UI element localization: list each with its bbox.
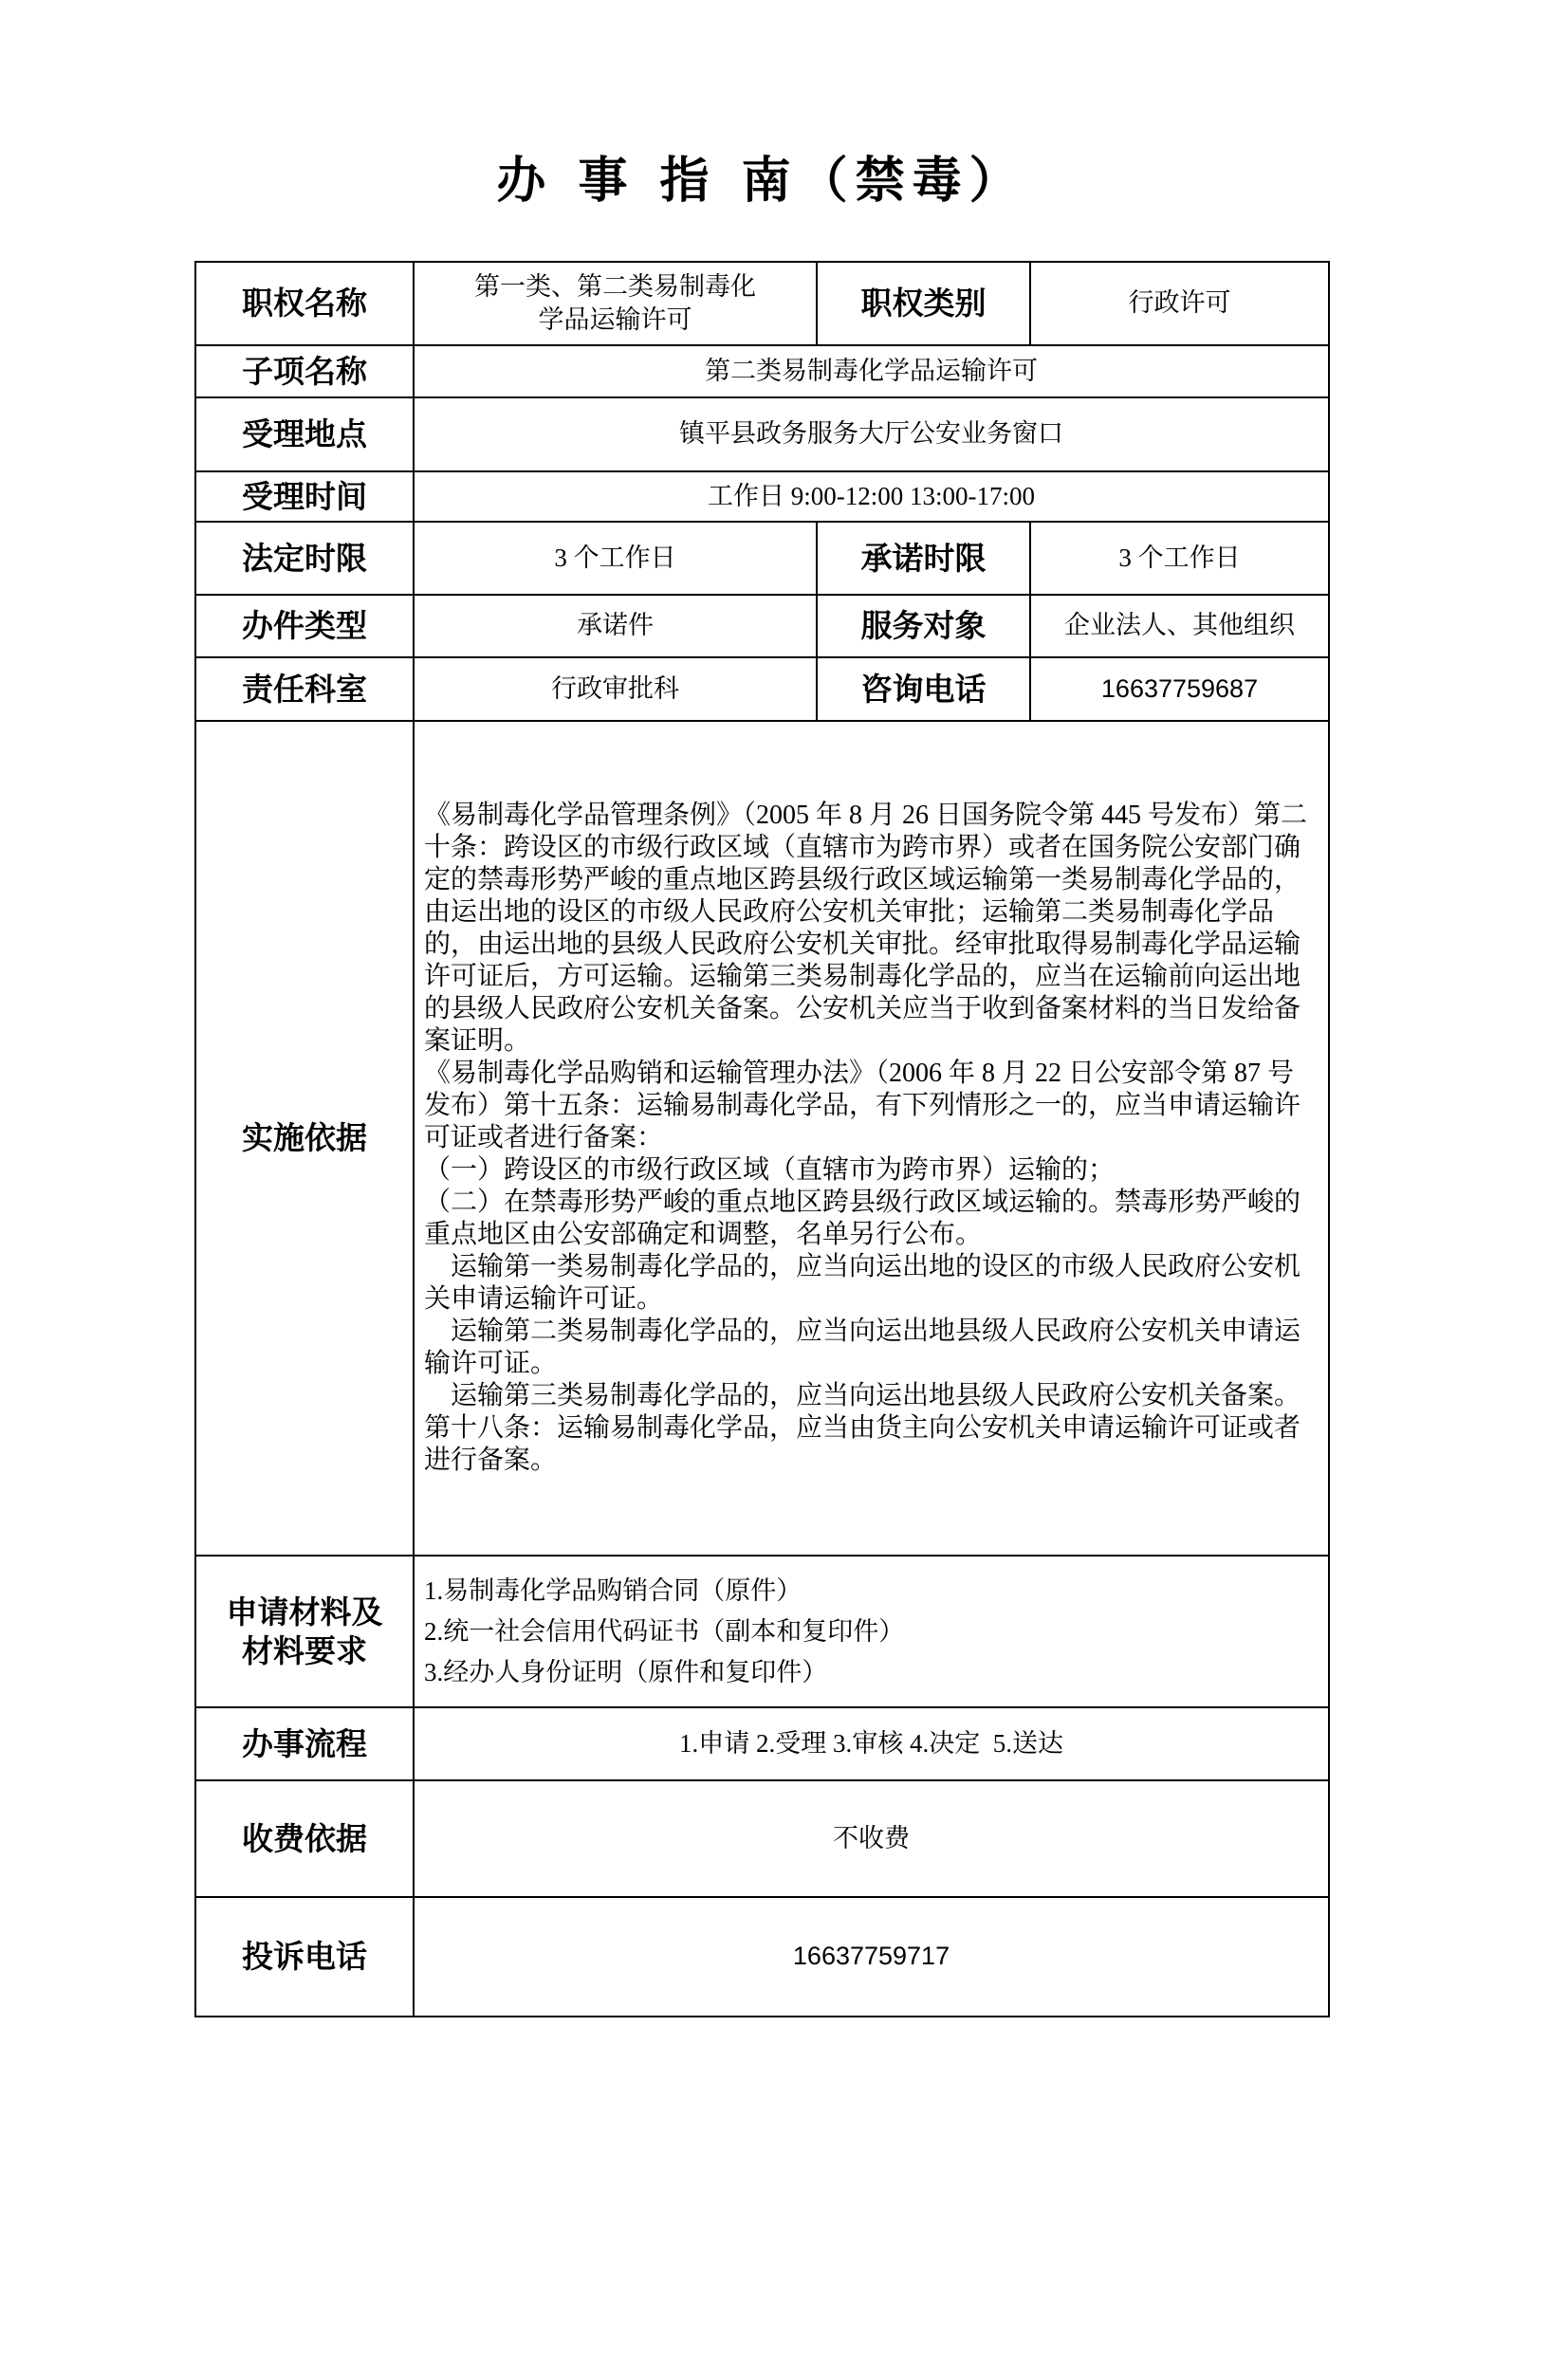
row-responsible-dept: 责任科室 行政审批科 咨询电话 16637759687 (195, 657, 1329, 721)
page-title: 办 事 指 南（禁毒） (194, 140, 1328, 212)
row-legal-basis: 实施依据 《易制毒化学品管理条例》（2005 年 8 月 26 日国务院令第 4… (195, 721, 1329, 1556)
item-type-value: 承诺件 (414, 595, 817, 657)
row-materials: 申请材料及 材料要求 1.易制毒化学品购销合同（原件）2.统一社会信用代码证书（… (195, 1556, 1329, 1707)
legal-basis-label: 实施依据 (195, 721, 414, 1556)
text-line: 运输第二类易制毒化学品的，应当向运出地县级人民政府公安机关申请运输许可证。 (424, 1316, 1319, 1380)
text-line: （一）跨设区的市级行政区域（直辖市为跨市界）运输的； (424, 1154, 1319, 1187)
complaint-phone-label: 投诉电话 (195, 1897, 414, 2017)
row-time-limits: 法定时限 3 个工作日 承诺时限 3 个工作日 (195, 522, 1329, 595)
text-line: 第十八条：运输易制毒化学品，应当由货主向公安机关申请运输许可证或者进行备案。 (424, 1412, 1319, 1477)
promise-limit-value: 3 个工作日 (1030, 522, 1329, 595)
row-accept-time: 受理时间 工作日 9:00-12:00 13:00-17:00 (195, 471, 1329, 522)
text-line: 《易制毒化学品购销和运输管理办法》（2006 年 8 月 22 日公安部令第 8… (424, 1058, 1319, 1154)
fee-basis-label: 收费依据 (195, 1780, 414, 1897)
process-value: 1.申请 2.受理 3.审核 4.决定 5.送达 (414, 1707, 1329, 1780)
sub-item-label: 子项名称 (195, 345, 414, 397)
complaint-phone-value: 16637759717 (414, 1897, 1329, 2017)
sub-item-value: 第二类易制毒化学品运输许可 (414, 345, 1329, 397)
authority-name-label: 职权名称 (195, 262, 414, 345)
row-authority-name: 职权名称 第一类、第二类易制毒化 学品运输许可 职权类别 行政许可 (195, 262, 1329, 345)
text-line: 运输第一类易制毒化学品的，应当向运出地的设区的市级人民政府公安机关申请运输许可证… (424, 1251, 1319, 1316)
authority-name-value: 第一类、第二类易制毒化 学品运输许可 (414, 262, 817, 345)
guide-table: 职权名称 第一类、第二类易制毒化 学品运输许可 职权类别 行政许可 子项名称 第… (194, 261, 1330, 2017)
materials-list: 1.易制毒化学品购销合同（原件）2.统一社会信用代码证书（副本和复印件）3.经办… (414, 1556, 1329, 1707)
materials-label: 申请材料及 材料要求 (195, 1556, 414, 1707)
row-item-type: 办件类型 承诺件 服务对象 企业法人、其他组织 (195, 595, 1329, 657)
text-line: 《易制毒化学品管理条例》（2005 年 8 月 26 日国务院令第 445 号发… (424, 800, 1319, 1058)
consult-phone-value: 16637759687 (1030, 657, 1329, 721)
text-line: 1.易制毒化学品购销合同（原件） (424, 1571, 1319, 1612)
responsible-dept-label: 责任科室 (195, 657, 414, 721)
promise-limit-label: 承诺时限 (817, 522, 1030, 595)
authority-type-label: 职权类别 (817, 262, 1030, 345)
row-accept-place: 受理地点 镇平县政务服务大厅公安业务窗口 (195, 397, 1329, 471)
row-fee-basis: 收费依据 不收费 (195, 1780, 1329, 1897)
accept-time-label: 受理时间 (195, 471, 414, 522)
item-type-label: 办件类型 (195, 595, 414, 657)
row-process: 办事流程 1.申请 2.受理 3.审核 4.决定 5.送达 (195, 1707, 1329, 1780)
responsible-dept-value: 行政审批科 (414, 657, 817, 721)
consult-phone-label: 咨询电话 (817, 657, 1030, 721)
legal-limit-label: 法定时限 (195, 522, 414, 595)
authority-type-value: 行政许可 (1030, 262, 1329, 345)
process-label: 办事流程 (195, 1707, 414, 1780)
row-sub-item: 子项名称 第二类易制毒化学品运输许可 (195, 345, 1329, 397)
text-line: （二）在禁毒形势严峻的重点地区跨县级行政区域运输的。禁毒形势严峻的重点地区由公安… (424, 1187, 1319, 1251)
service-target-value: 企业法人、其他组织 (1030, 595, 1329, 657)
accept-place-value: 镇平县政务服务大厅公安业务窗口 (414, 397, 1329, 471)
text-line: 3.经办人身份证明（原件和复印件） (424, 1652, 1319, 1693)
text-line: 2.统一社会信用代码证书（副本和复印件） (424, 1612, 1319, 1652)
legal-basis-text: 《易制毒化学品管理条例》（2005 年 8 月 26 日国务院令第 445 号发… (414, 721, 1329, 1556)
text-line: 运输第三类易制毒化学品的，应当向运出地县级人民政府公安机关备案。 (424, 1380, 1319, 1412)
fee-basis-value: 不收费 (414, 1780, 1329, 1897)
accept-time-value: 工作日 9:00-12:00 13:00-17:00 (414, 471, 1329, 522)
row-complaint-phone: 投诉电话 16637759717 (195, 1897, 1329, 2017)
service-guide-page: { "title": "办 事 指 南（禁毒）", "table": { "au… (0, 140, 1568, 2358)
service-target-label: 服务对象 (817, 595, 1030, 657)
legal-limit-value: 3 个工作日 (414, 522, 817, 595)
accept-place-label: 受理地点 (195, 397, 414, 471)
